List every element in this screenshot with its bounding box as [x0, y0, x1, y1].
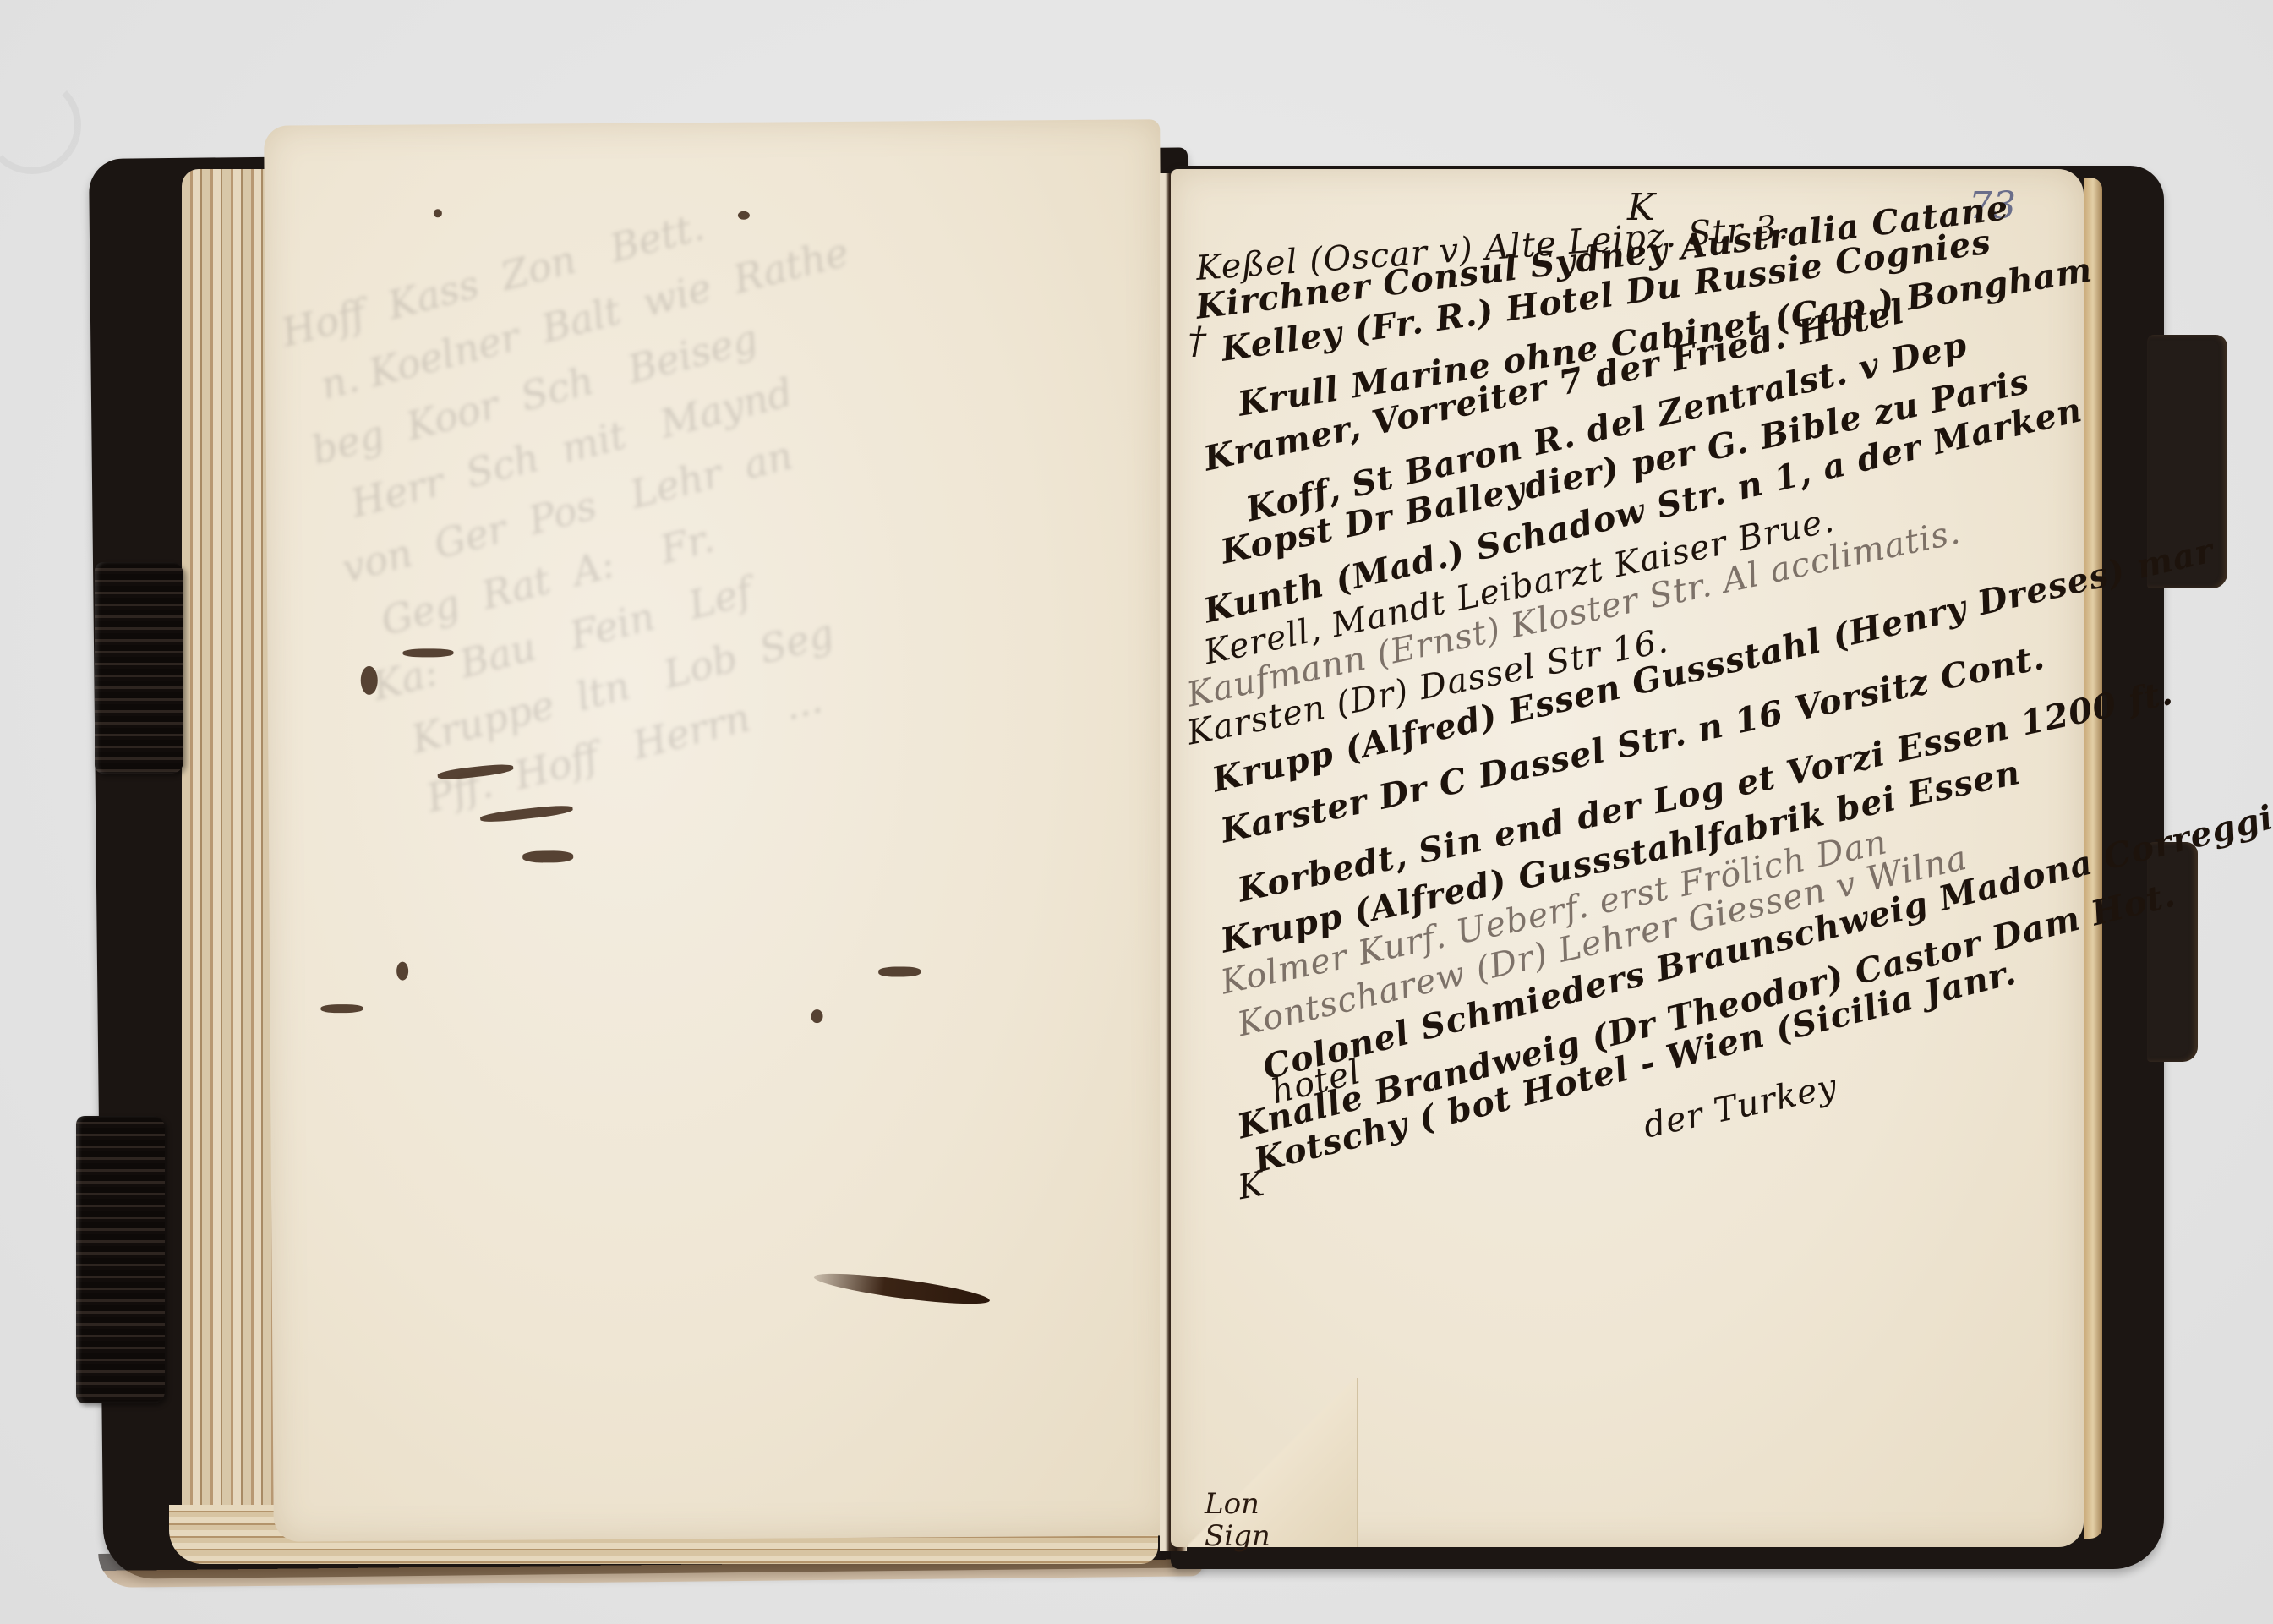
ink-blot [361, 666, 378, 695]
handwritten-entries: K 73 † Keßel (Oscar v) Alte Leipz. Str 3… [1171, 169, 2084, 1547]
ink-blot [811, 1009, 822, 1023]
entry-line: der Turkey [1640, 1067, 1841, 1146]
ink-blot [402, 648, 453, 657]
ink-blot [878, 966, 921, 976]
ink-smear [812, 1268, 991, 1310]
ink-blot [522, 850, 573, 862]
pencil-loop-clasp-lower [76, 1116, 165, 1403]
photo-scene: Hoff Kass Zon Bett. n. Koelner Balt wie … [0, 0, 2273, 1624]
left-page-faded-writing: Hoff Kass Zon Bett. n. Koelner Balt wie … [275, 162, 961, 834]
ink-blot [396, 962, 408, 981]
left-page: Hoff Kass Zon Bett. n. Koelner Balt wie … [264, 119, 1170, 1541]
pencil-loop-clasp-upper [95, 562, 183, 774]
ink-blot [738, 211, 750, 220]
cover-strap-tab-lower [2147, 842, 2198, 1062]
right-page: K 73 † Keßel (Oscar v) Alte Leipz. Str 3… [1171, 169, 2084, 1547]
ink-blot [320, 1004, 363, 1013]
background-ring-mark [0, 76, 81, 174]
ink-blot [434, 209, 442, 217]
corner-note: Lon Sign [1205, 1488, 1270, 1552]
